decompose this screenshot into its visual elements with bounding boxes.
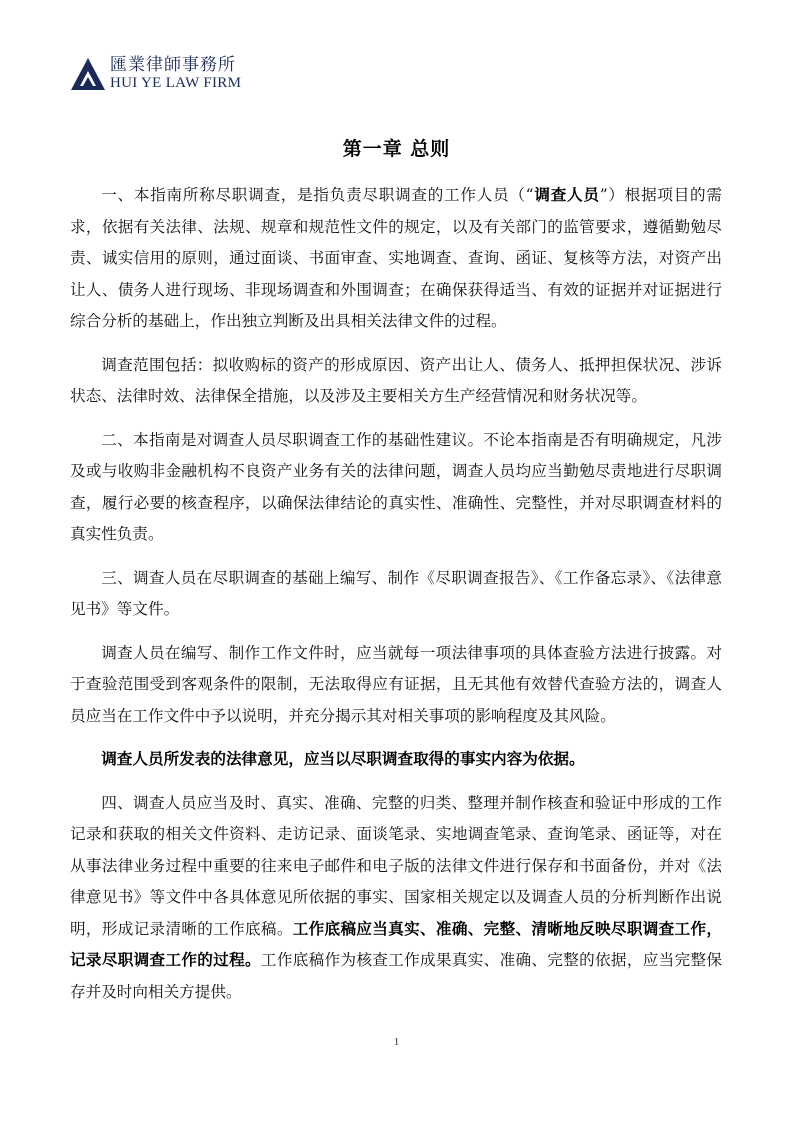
text-segment: 二、本指南是对调查人员尽职调查工作的基础性建议。不论本指南是否有明确规定，凡涉及… [70,431,722,544]
text-segment: 调查范围包括：拟收购标的资产的形成原因、资产出让人、债务人、抵押担保状况、涉诉状… [70,356,722,406]
paragraph-5: 调查人员在编写、制作工作文件时，应当就每一项法律事项的具体查验方法进行披露。对于… [70,638,722,733]
logo-english-name: HUI YE LAW FIRM [110,76,241,91]
chapter-title: 第一章 总则 [0,134,793,161]
law-firm-logo: 匯業律師事務所 HUI YE LAW FIRM [70,54,241,94]
triangle-logo-icon [70,57,106,91]
text-segment: ”）根据项目的需求，依据有关法律、法规、规章和规范性文件的规定，以及有关部门的监… [70,186,722,330]
paragraph-6-bold-statement: 调查人员所发表的法律意见，应当以尽职调查取得的事实内容为依据。 [70,744,722,776]
bold-text-segment: 调查人员所发表的法律意见，应当以尽职调查取得的事实内容为依据。 [101,750,584,768]
logo-chinese-name: 匯業律師事務所 [110,57,241,74]
paragraph-2: 调查范围包括：拟收购标的资产的形成原因、资产出让人、债务人、抵押担保状况、涉诉状… [70,350,722,413]
text-segment: 调查人员在编写、制作工作文件时，应当就每一项法律事项的具体查验方法进行披露。对于… [70,644,722,725]
bold-term-investigators: 调查人员 [534,186,600,204]
page-number: 1 [0,1036,793,1048]
paragraph-7: 四、调查人员应当及时、真实、准确、完整的归类、整理并制作核查和验证中形成的工作记… [70,788,722,1009]
paragraph-4: 三、调查人员在尽职调查的基础上编写、制作《尽职调查报告》、《工作备忘录》、《法律… [70,563,722,626]
text-segment: 三、调查人员在尽职调查的基础上编写、制作《尽职调查报告》、《工作备忘录》、《法律… [70,569,722,619]
text-segment: 四、调查人员应当及时、真实、准确、完整的归类、整理并制作核查和验证中形成的工作记… [70,794,722,938]
paragraph-3: 二、本指南是对调查人员尽职调查工作的基础性建议。不论本指南是否有明确规定，凡涉及… [70,425,722,551]
paragraph-1: 一、本指南所称尽职调查，是指负责尽职调查的工作人员（“调查人员”）根据项目的需求… [70,180,722,338]
document-body: 一、本指南所称尽职调查，是指负责尽职调查的工作人员（“调查人员”）根据项目的需求… [70,180,722,1020]
text-segment: 一、本指南所称尽职调查，是指负责尽职调查的工作人员（“ [101,186,533,204]
